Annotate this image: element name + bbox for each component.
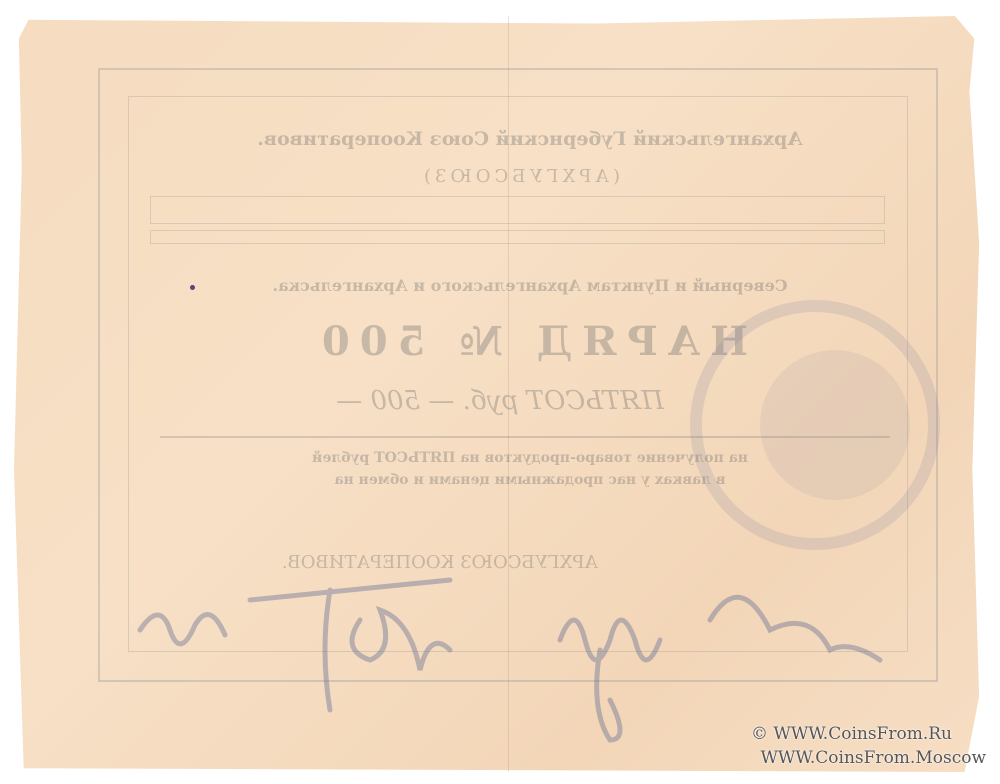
show-through-amount: ПЯТЬСОТ руб. — 500 — (300, 386, 700, 416)
show-through-heading: Архангельский Губернский Союз Кооператив… (170, 128, 890, 150)
number-text: 500 (312, 318, 426, 365)
watermark-line-2: WWW.CoinsFrom.Moscow (760, 748, 986, 768)
signature-right (540, 560, 900, 750)
watermark-line-1: © WWW.CoinsFrom.Ru (751, 724, 952, 744)
ornamental-band-top (150, 196, 885, 224)
stamp-emblem (760, 350, 910, 500)
show-through-title: НАРЯД № 500 (280, 318, 780, 365)
ink-dot (190, 285, 195, 290)
title-text: НАРЯД № (449, 318, 748, 365)
signature-left (130, 560, 470, 730)
show-through-abbrev: (АРХГУБСОЮЗ) (340, 166, 700, 187)
ornamental-band-mid (150, 230, 885, 244)
show-through-subheading: Северный и Пунктам Архангельского и Арха… (160, 276, 900, 295)
